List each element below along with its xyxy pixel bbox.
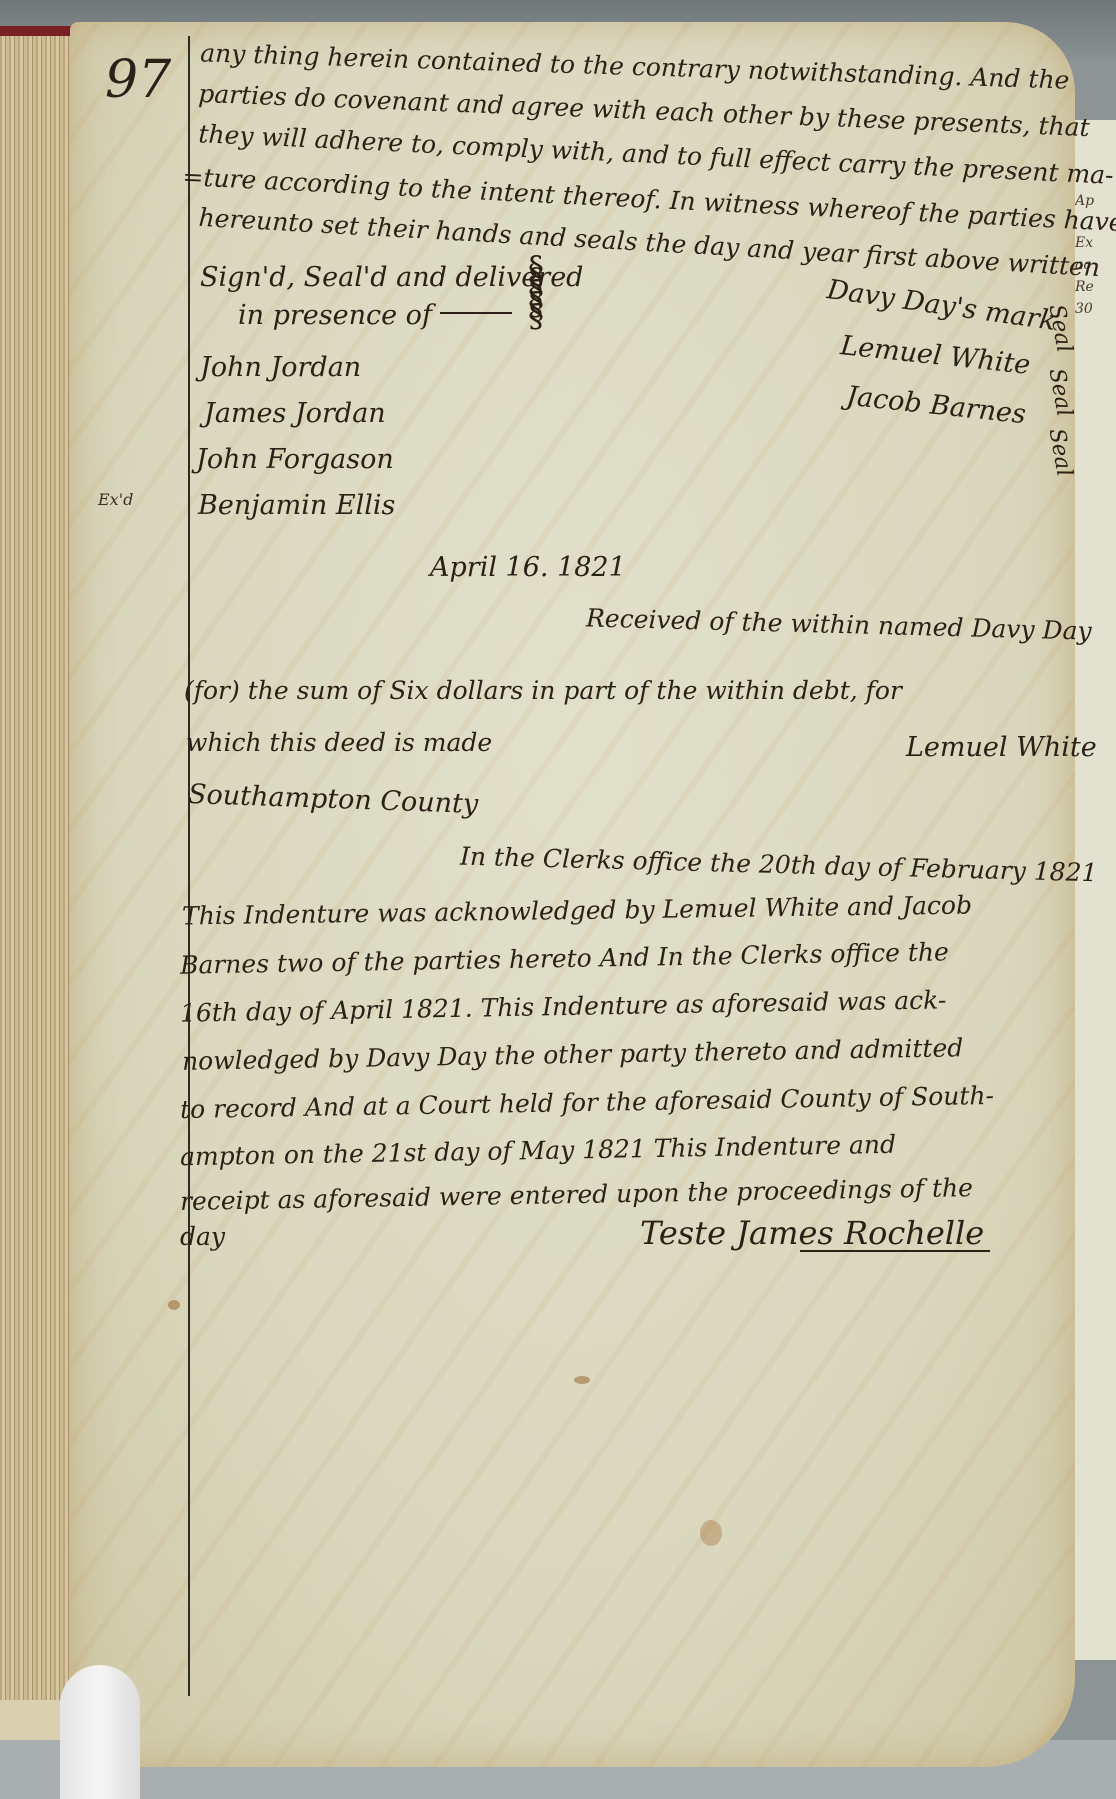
- ink-stain: [168, 1300, 180, 1310]
- receipt-date: April 16. 1821: [430, 552, 626, 583]
- receipt-line: (for) the sum of Six dollars in part of …: [184, 676, 902, 705]
- witness-name: John Jordan: [200, 352, 361, 383]
- witness-name: John Forgason: [196, 444, 394, 475]
- signature-flourish: [800, 1250, 990, 1252]
- brace-flourish-icon: §§§§§: [528, 262, 544, 322]
- witness-name: Benjamin Ellis: [198, 490, 395, 521]
- attestation-subheading: in presence of: [238, 300, 432, 331]
- paper-flag-marker: [60, 1665, 140, 1799]
- receipt-line: which this deed is made: [186, 728, 492, 757]
- page-stack-edge: [0, 36, 80, 1716]
- fragment: 30: [1075, 298, 1115, 320]
- receipt-signature: Lemuel White: [906, 732, 1097, 763]
- certificate-line: day: [180, 1222, 225, 1251]
- margin-rule: [188, 36, 190, 1696]
- signature-rule: [440, 312, 512, 314]
- ink-stain: [574, 1376, 590, 1384]
- page-number: 97: [105, 50, 171, 110]
- attestation-heading: Sign'd, Seal'd and delivered: [200, 262, 583, 293]
- witness-name: James Jordan: [204, 398, 386, 429]
- clerk-signature: Teste James Rochelle: [640, 1214, 984, 1252]
- water-stain: [700, 1520, 722, 1546]
- margin-note: Ex'd: [98, 490, 133, 509]
